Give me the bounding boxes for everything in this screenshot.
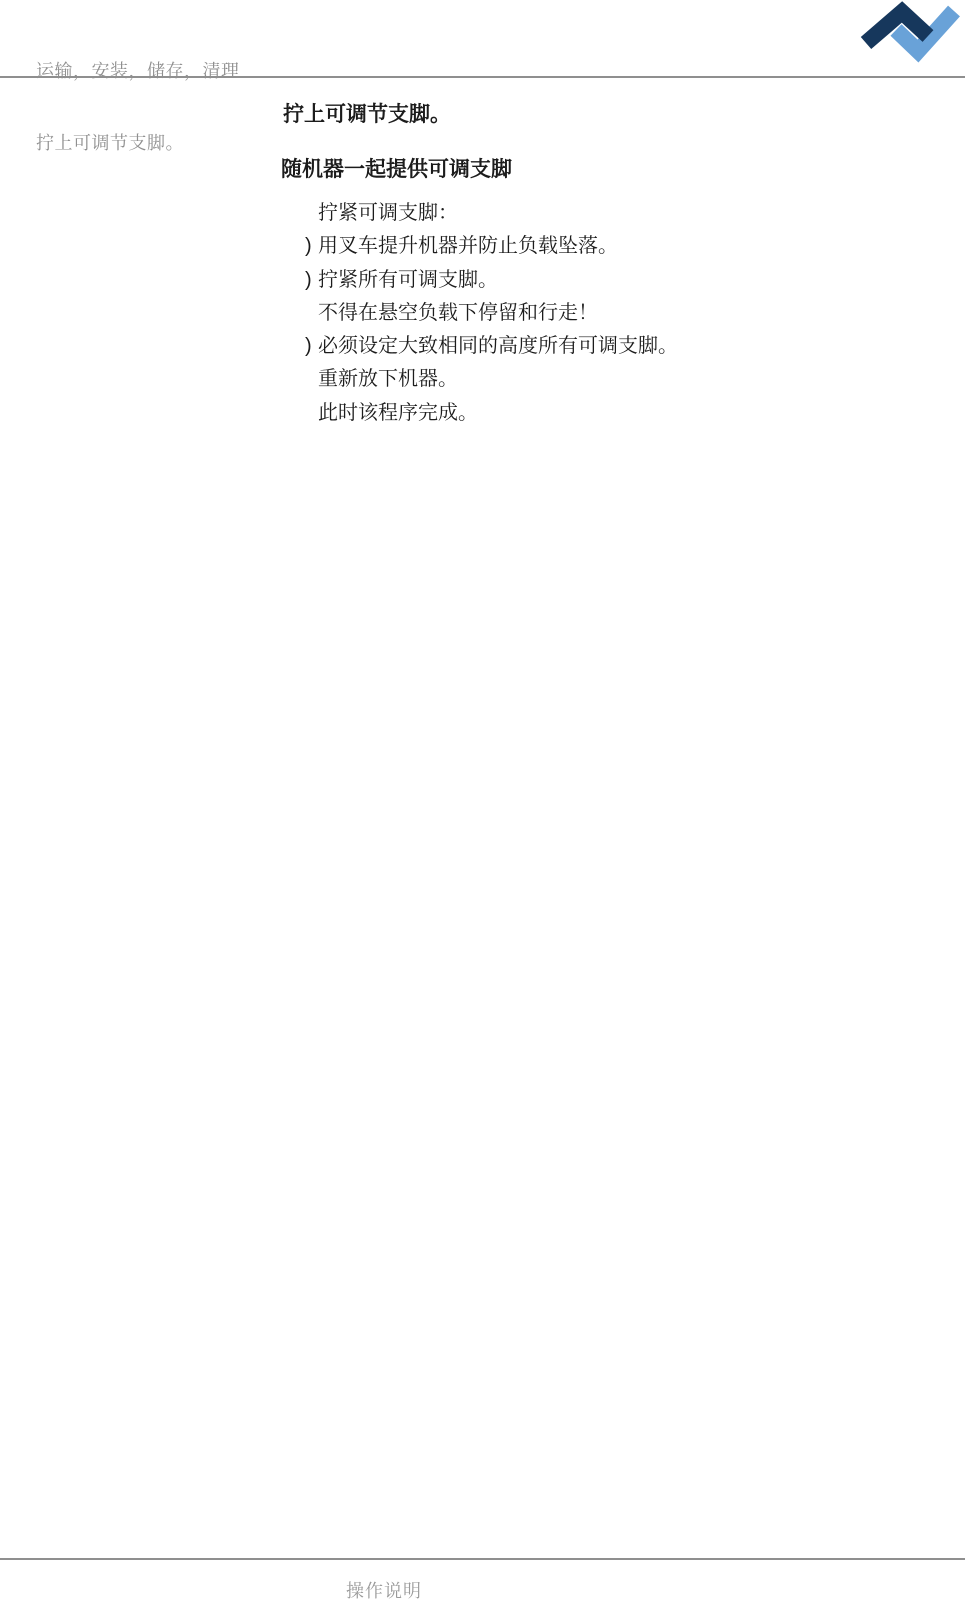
step-bullet: ) [305,233,318,260]
step-text: 此时该程序完成。 [318,400,865,427]
footer-label: 操作说明 [346,1577,422,1603]
page-title: 拧上可调节支脚。 [283,101,451,129]
step-text: 拧紧所有可调支脚。 [318,267,865,294]
procedure-step: ) 拧紧所有可调支脚。 [305,264,865,297]
step-bullet: ) [305,333,318,360]
procedure-list: 拧紧可调支脚： ) 用叉车提升机器并防止负载坠落。 ) 拧紧所有可调支脚。 不得… [305,197,865,430]
procedure-step: 拧紧可调支脚： [305,197,865,230]
footer-divider [0,1558,965,1560]
step-bullet: ) [305,267,318,294]
procedure-step: ) 用叉车提升机器并防止负载坠落。 [305,230,865,263]
step-text: 不得在悬空负载下停留和行走！ [318,300,865,327]
section-heading: 随机器一起提供可调支脚 [281,156,512,184]
procedure-step: 重新放下机器。 [305,363,865,396]
manual-page: 运输，安装，储存，清理 拧上可调节支脚。 拧上可调节支脚。 随机器一起提供可调支… [0,0,965,1606]
procedure-step: 此时该程序完成。 [305,397,865,430]
breadcrumb-line-1: 运输，安装，储存，清理 [36,59,240,83]
header-breadcrumb: 运输，安装，储存，清理 拧上可调节支脚。 [36,11,240,203]
step-text: 必须设定大致相同的高度所有可调支脚。 [318,333,865,360]
step-text: 用叉车提升机器并防止负载坠落。 [318,233,865,260]
procedure-step: ) 必须设定大致相同的高度所有可调支脚。 [305,330,865,363]
breadcrumb-line-2: 拧上可调节支脚。 [36,131,240,155]
header-divider [0,76,965,78]
step-text: 拧紧可调支脚： [318,200,865,227]
double-checkmark-logo-icon [848,1,964,63]
step-text: 重新放下机器。 [318,366,865,393]
procedure-step: 不得在悬空负载下停留和行走！ [305,297,865,330]
